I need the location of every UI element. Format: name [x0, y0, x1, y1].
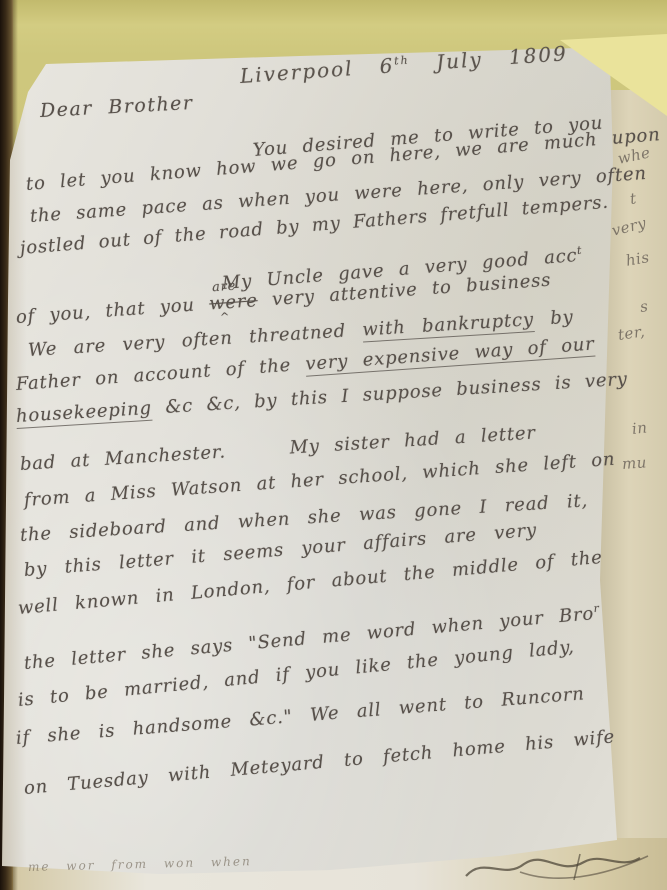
- edge-fragment: mu: [621, 453, 647, 473]
- line-text: Father on account of the: [15, 354, 306, 395]
- handwriting-layer: Liverpool 6th July 1809 Dear Brother You…: [0, 0, 667, 890]
- insertion-caret: ^: [220, 310, 231, 324]
- letter-dateline: Liverpool 6th July 1809: [239, 41, 568, 88]
- edge-fragment: his: [624, 248, 650, 270]
- edge-fragment: in: [631, 418, 648, 438]
- ink-flourish-mark: [462, 850, 662, 888]
- corrected-word: arewere^: [208, 290, 258, 314]
- line-text: by: [533, 307, 574, 330]
- edge-fragment: ter,: [617, 322, 646, 344]
- dateline-rest: July 1809: [409, 41, 569, 76]
- edge-fragment: s: [639, 297, 650, 316]
- superscript-t: t: [576, 244, 582, 257]
- line-text: My sister had a letter: [289, 422, 536, 458]
- line-gap: [226, 453, 290, 457]
- line-text: of you, that you: [15, 294, 210, 328]
- flourish-svg: [462, 850, 662, 888]
- letter-salutation: Dear Brother: [39, 92, 194, 122]
- line-text: bad at Manchester.: [19, 441, 226, 475]
- dateline-superscript: th: [394, 53, 410, 67]
- underlined-phrase: housekeeping: [15, 398, 152, 429]
- underlined-phrase: with bankruptcy: [362, 309, 535, 342]
- superscript-r: r: [593, 602, 600, 615]
- edge-fragment: very: [610, 214, 648, 240]
- dateline-text: Liverpool 6: [239, 53, 395, 88]
- edge-fragment: t: [629, 189, 638, 208]
- under-page-faint-text: me wor from won when: [28, 854, 252, 874]
- photographed-letter-page: Liverpool 6th July 1809 Dear Brother You…: [0, 0, 667, 890]
- inserted-word-are: are: [212, 279, 237, 296]
